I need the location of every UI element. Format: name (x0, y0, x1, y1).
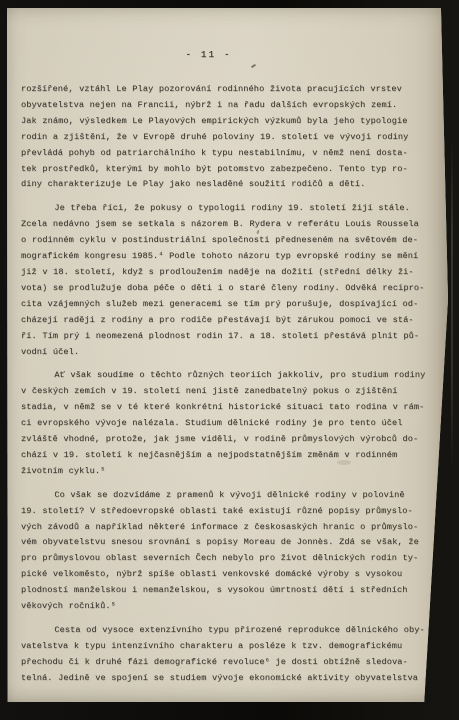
paragraph-1: rozšířené, vztáhl Le Play pozorování rod… (21, 82, 433, 193)
paragraph-2: Je třeba říci, že pokusy o typologii rod… (21, 201, 433, 360)
paragraph-4: Co však se dozvídáme z pramenů k vývoji … (21, 488, 433, 615)
pencil-mark (251, 64, 256, 69)
scanned-book-photo: - 11 - rozšířené, vztáhl Le Play pozorov… (0, 0, 459, 720)
page-text-block: rozšířené, vztáhl Le Play pozorování rod… (21, 82, 433, 687)
paragraph-5: Cesta od vysoce extenzívního typu přiroz… (21, 623, 433, 687)
page-number: - 11 - (21, 49, 396, 60)
book-gutter-page-edge (451, 140, 453, 470)
paper-smudge (337, 460, 351, 465)
paragraph-3: Ať však soudíme o těchto různých teoriíc… (21, 368, 433, 479)
document-page: - 11 - rozšířené, vztáhl Le Play pozorov… (7, 8, 448, 702)
